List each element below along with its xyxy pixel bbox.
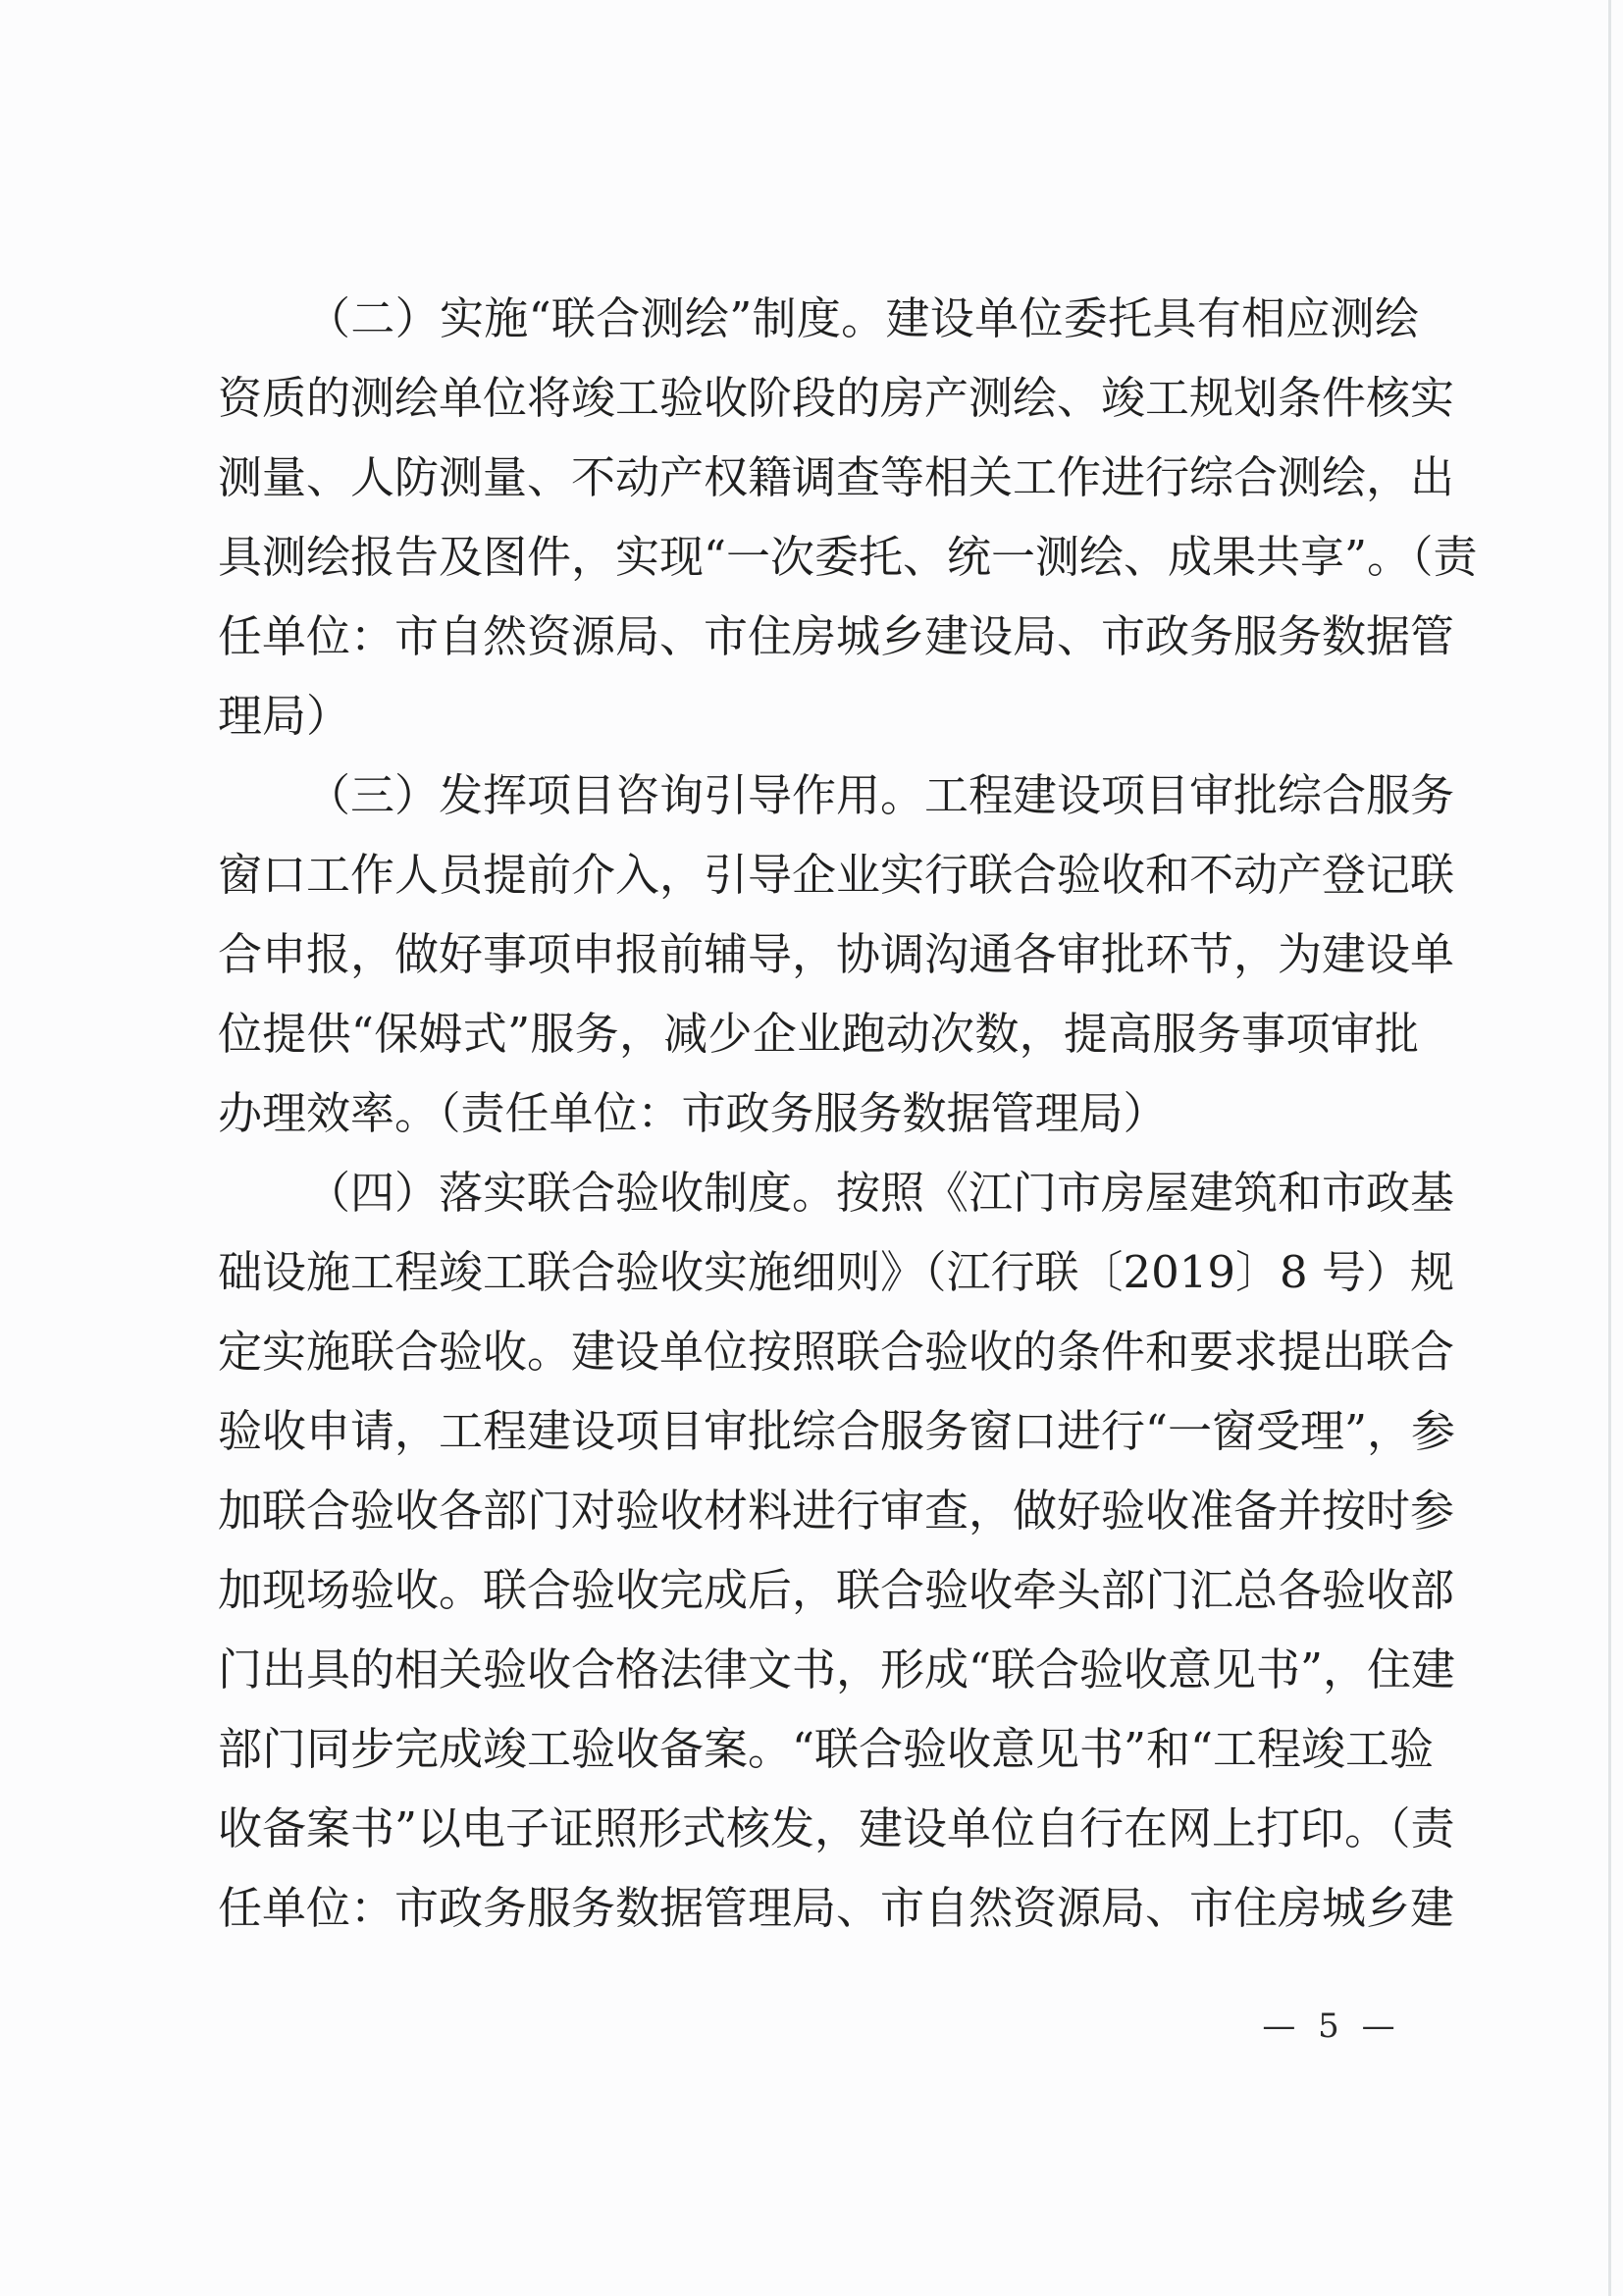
text-line: 窗口工作人员提前介入，引导企业实行联合验收和不动产登记联 — [218, 835, 1419, 914]
text-line: 任单位：市政务服务数据管理局、市自然资源局、市住房城乡建 — [218, 1868, 1419, 1948]
paragraph-4: （四）落实联合验收制度。按照《江门市房屋建筑和市政基 础设施工程竣工联合验收实施… — [218, 1153, 1419, 1948]
text-line: 理局） — [218, 676, 1419, 756]
text-line: 办理效率。（责任单位：市政务服务数据管理局） — [218, 1073, 1419, 1153]
text-line: （三）发挥项目咨询引导作用。工程建设项目审批综合服务 — [218, 756, 1419, 835]
text-line: 加联合验收各部门对验收材料进行审查，做好验收准备并按时参 — [218, 1471, 1419, 1550]
text-line: 门出具的相关验收合格法律文书，形成“联合验收意见书”，住建 — [218, 1630, 1419, 1709]
text-line: 测量、人防测量、不动产权籍调查等相关工作进行综合测绘，出 — [218, 438, 1419, 517]
page-number: — 5 — — [1229, 2000, 1435, 2053]
document-page: （二）实施“联合测绘”制度。建设单位委托具有相应测绘 资质的测绘单位将竣工验收阶… — [0, 0, 1623, 2296]
scan-edge-shadow — [1608, 0, 1611, 2296]
text-line: 验收申请，工程建设项目审批综合服务窗口进行“一窗受理”，参 — [218, 1391, 1419, 1471]
text-line: 加现场验收。联合验收完成后，联合验收牵头部门汇总各验收部 — [218, 1550, 1419, 1630]
text-line: 部门同步完成竣工验收备案。“联合验收意见书”和“工程竣工验 — [218, 1709, 1419, 1789]
text-line: 资质的测绘单位将竣工验收阶段的房产测绘、竣工规划条件核实 — [218, 358, 1419, 438]
text-line: 具测绘报告及图件，实现“一次委托、统一测绘、成果共享”。（责 — [218, 517, 1419, 597]
text-line: 任单位：市自然资源局、市住房城乡建设局、市政务服务数据管 — [218, 597, 1419, 676]
text-line: （四）落实联合验收制度。按照《江门市房屋建筑和市政基 — [218, 1153, 1419, 1232]
text-line: 定实施联合验收。建设单位按照联合验收的条件和要求提出联合 — [218, 1312, 1419, 1391]
text-line: 合申报，做好事项申报前辅导，协调沟通各审批环节，为建设单 — [218, 914, 1419, 994]
document-body: （二）实施“联合测绘”制度。建设单位委托具有相应测绘 资质的测绘单位将竣工验收阶… — [218, 279, 1419, 1948]
text-line: （二）实施“联合测绘”制度。建设单位委托具有相应测绘 — [218, 279, 1419, 358]
text-line: 位提供“保姆式”服务，减少企业跑动次数，提高服务事项审批 — [218, 994, 1419, 1073]
text-line: 础设施工程竣工联合验收实施细则》（江行联〔2019〕8 号）规 — [218, 1232, 1419, 1312]
text-line: 收备案书”以电子证照形式核发，建设单位自行在网上打印。（责 — [218, 1789, 1419, 1868]
paragraph-3: （三）发挥项目咨询引导作用。工程建设项目审批综合服务 窗口工作人员提前介入，引导… — [218, 756, 1419, 1153]
paragraph-2: （二）实施“联合测绘”制度。建设单位委托具有相应测绘 资质的测绘单位将竣工验收阶… — [218, 279, 1419, 756]
